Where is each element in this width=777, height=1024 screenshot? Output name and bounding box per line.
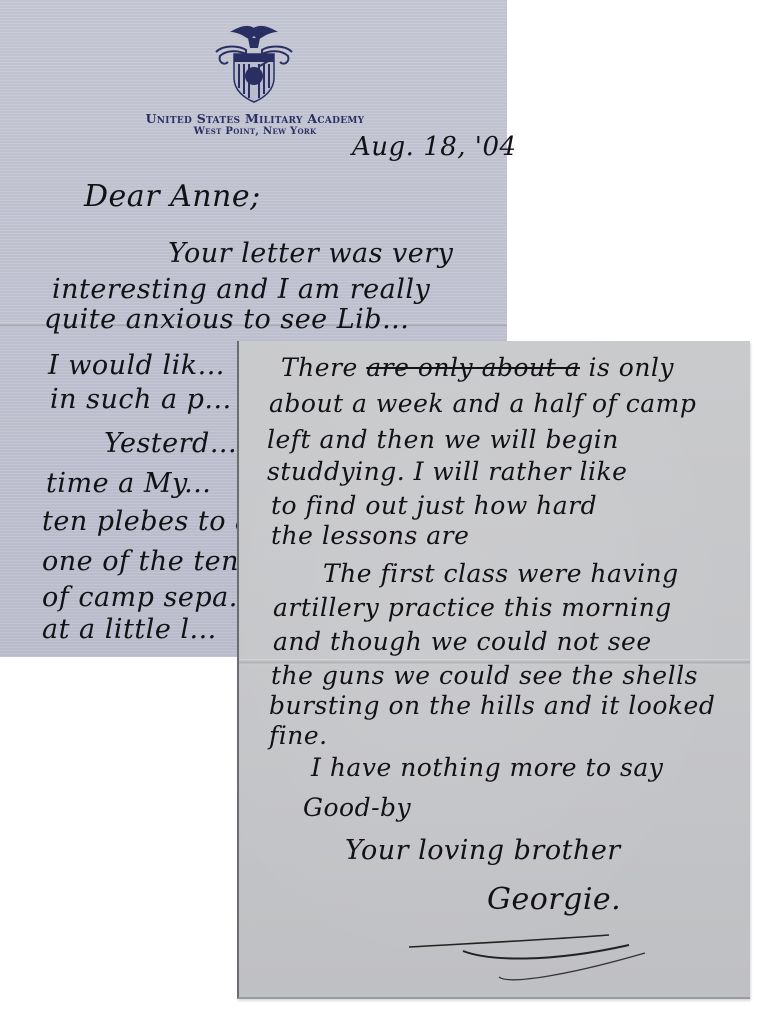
west-point-crest-icon xyxy=(210,22,298,104)
body-line: There are only about a is only xyxy=(281,355,674,380)
body-line: The first class were having xyxy=(323,561,679,586)
body-line: Your letter was very xyxy=(168,240,453,267)
struck-text: are only about a xyxy=(366,353,580,382)
body-line: of camp sepa... xyxy=(42,584,256,611)
letterhead: United States Military Academy West Poin… xyxy=(130,112,380,138)
body-line: the guns we could see the shells xyxy=(271,663,698,688)
valediction: Your loving brother xyxy=(345,837,621,864)
salutation: Dear Anne; xyxy=(84,182,261,212)
body-line: studdying. I will rather like xyxy=(267,459,627,484)
body-line: about a week and a half of camp xyxy=(269,391,696,416)
body-line: Yesterd... xyxy=(104,430,237,457)
body-text: is only xyxy=(580,353,674,382)
body-line: to find out just how hard xyxy=(271,493,597,518)
signature: Georgie. xyxy=(487,885,621,915)
letterhead-location: West Point, New York xyxy=(130,126,380,138)
body-line: interesting and I am really xyxy=(52,276,430,303)
letter-date: Aug. 18, '04 xyxy=(352,134,517,160)
body-line: at a little l... xyxy=(42,616,217,643)
body-line: I have nothing more to say xyxy=(311,755,663,780)
body-text: There xyxy=(281,353,366,382)
body-line: in such a p... xyxy=(50,386,232,413)
body-line: and though we could not see xyxy=(273,629,652,654)
body-line: artillery practice this morning xyxy=(273,595,672,620)
signature-flourish-icon xyxy=(399,931,699,991)
closing: Good-by xyxy=(303,795,411,820)
body-line: time a My... xyxy=(46,470,211,497)
letterhead-institution: United States Military Academy xyxy=(130,112,380,126)
body-line: bursting on the hills and it looked xyxy=(269,693,715,718)
body-line: the lessons are xyxy=(271,523,469,548)
body-line: one of the ten... xyxy=(42,548,266,575)
body-line: I would lik... xyxy=(48,352,225,379)
letter-page-2: There are only about a is only about a w… xyxy=(237,341,750,999)
body-line: fine. xyxy=(269,723,328,748)
body-line: quite anxious to see Lib... xyxy=(44,306,409,333)
body-line: left and then we will begin xyxy=(267,427,619,452)
